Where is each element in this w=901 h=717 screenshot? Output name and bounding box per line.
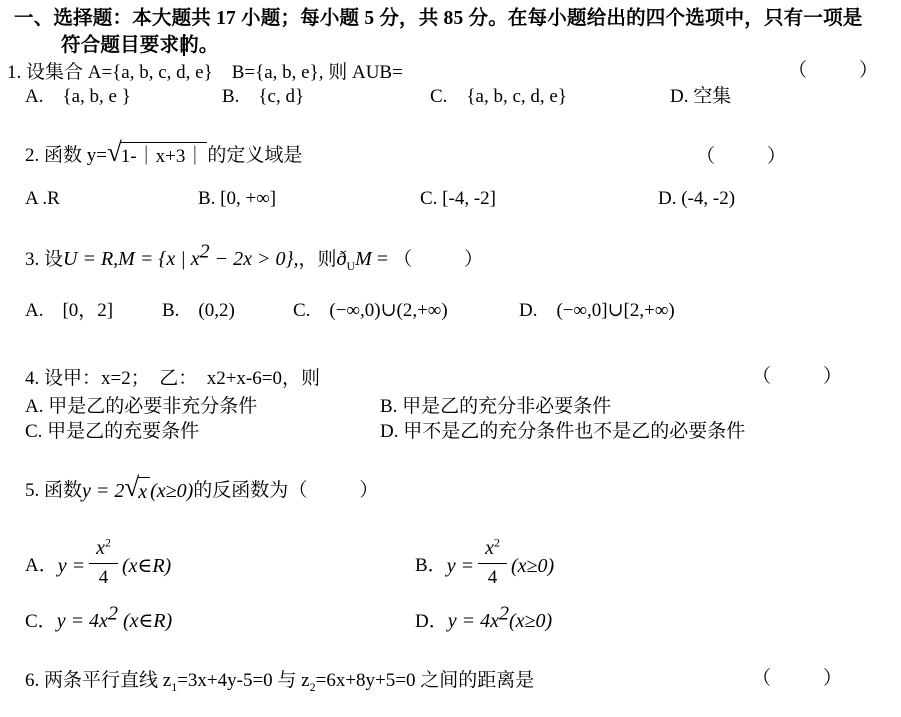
question-4-option-b: B. 甲是乙的充分非必要条件 [380,394,611,420]
paren-close: ） [823,364,842,390]
paren-close: ） [767,144,786,170]
sqrt-expression: √x [124,477,150,505]
exponent: 2 [499,603,509,625]
question-4-option-c: C. 甲是乙的充要条件 [25,419,199,445]
fraction: x24 [89,535,118,591]
paren-open: （ [752,666,771,692]
fraction-denominator: 4 [89,564,118,591]
question-4-paren: （） [752,364,842,390]
header-line-2: 符合题目要求的。 [61,33,219,59]
question-3-paren: （） [393,247,483,273]
question-2-stem-suffix: 的定义域是 [207,143,302,169]
exponent: 2 [108,603,118,625]
math-domain: (x∈R) [118,610,172,632]
question-5-option-d: D．y = 4x2(x≥0) [415,608,552,635]
question-1-stem: 1. 设集合 A={a, b, c, d, e} B={a, b, e}, 则 … [7,60,403,86]
question-2-stem-prefix: 2. 函数 y= [25,143,107,169]
question-3-stem: 3. 设U = R,M = {x | x2 − 2x > 0},，则ðUM = … [25,246,483,273]
math-y-eq: y = 2 [82,478,124,504]
paren-close: ） [359,478,378,504]
math-set-def-cont: − 2x > 0}, [210,248,299,270]
question-2-option-a: A .R [25,186,60,212]
question-5-stem-pre: 5. 函数 [25,478,82,504]
question-5-option-b: B．y = x24(x≥0) [415,538,554,594]
fraction-denominator: 4 [478,564,507,591]
header-line-2-pre: 符合题目要求 [61,35,179,56]
question-2-option-c: C. [-4, -2] [420,186,496,212]
question-5-paren: （） [288,478,378,504]
question-4-stem: 4. 设甲：x=2； 乙： x2+x-6=0，则 [25,366,320,392]
question-3-stem-pre: 3. 设 [25,249,63,270]
question-2-stem: 2. 函数 y=√1-｜x+3｜ 的定义域是 [25,142,302,170]
question-5-option-c: C．y = 4x2 (x∈R) [25,608,172,635]
paren-open: （ [696,144,715,170]
sqrt-expression: √1-｜x+3｜ [107,142,207,170]
option-label: B． [415,553,447,579]
math-set-def: U = R,M = {x | x [63,248,200,270]
complement-symbol: ð [336,248,346,270]
radicand: 1-｜x+3｜ [120,142,208,170]
fraction-numerator: x2 [89,535,118,564]
document-page[interactable]: 一、选择题：本大题共 17 小题；每小题 5 分，共 85 分。在每小题给出的四… [0,0,901,717]
question-5-stem-suffix: 的反函数为 [193,478,288,504]
question-3-option-a: A. [0，2] [25,298,113,324]
header-line-2-post: 的。 [179,35,218,56]
question-3-option-b: B. (0,2) [162,298,235,324]
question-6-stem: 6. 两条平行直线 z1=3x+4y-5=0 与 z2=6x+8y+5=0 之间… [25,668,534,694]
line-equation-1: =3x+4y-5=0 与 z [177,670,309,691]
question-1-option-a: A. {a, b, e } [25,84,131,110]
math-domain: (x≥0) [509,610,552,632]
paren-open: （ [752,364,771,390]
question-2-paren: （） [696,144,786,170]
line-equation-2: =6x+8y+5=0 之间的距离是 [316,670,535,691]
paren-open: （ [393,247,412,273]
equals-sign: = [372,248,393,270]
complement-subscript: U [346,259,355,273]
question-3-option-d: D. (−∞,0]∪[2,+∞) [519,298,675,324]
paren-open: （ [788,58,807,84]
math-expr: y = 4x [448,610,499,632]
header-line-1: 一、选择题：本大题共 17 小题；每小题 5 分，共 85 分。在每小题给出的四… [14,6,863,32]
question-4-option-d: D. 甲不是乙的充分条件也不是乙的必要条件 [380,419,745,445]
set-m: M [355,248,372,270]
text-cursor [183,34,185,56]
math-y-eq: y = [58,553,85,579]
math-domain: (x≥0) [150,478,193,504]
question-5-option-a: A．y = x24(x∈R) [25,538,171,594]
question-1-option-b: B. {c, d} [222,84,304,110]
fraction-numerator: x2 [478,535,507,564]
math-y-eq: y = [447,553,474,579]
question-6-stem-pre: 6. 两条平行直线 z [25,670,171,691]
paren-close: ） [464,247,483,273]
radical-sign: √ [124,476,139,498]
question-3-option-c: C. (−∞,0)∪(2,+∞) [293,298,448,324]
question-5-stem: 5. 函数 y = 2√x(x≥0) 的反函数为（） [25,477,378,505]
question-2-option-b: B. [0, +∞] [198,186,276,212]
option-label: C． [25,611,57,632]
exponent: 2 [200,241,210,263]
math-expr: y = 4x [57,610,108,632]
radical-sign: √ [107,141,122,163]
fraction: x24 [478,535,507,591]
question-1-paren: （） [788,58,878,84]
option-label: A． [25,553,58,579]
question-6-paren: （） [752,666,842,692]
paren-close: ） [823,666,842,692]
math-domain: (x∈R) [122,553,171,579]
math-domain: (x≥0) [511,553,554,579]
question-4-option-a: A. 甲是乙的必要非充分条件 [25,394,257,420]
option-label: D． [415,611,448,632]
paren-open: （ [288,478,307,504]
question-2-option-d: D. (-4, -2) [658,186,735,212]
question-3-stem-mid: ，则 [298,249,336,270]
question-1-option-c: C. {a, b, c, d, e} [430,84,567,110]
question-1-option-d: D. 空集 [670,84,731,110]
paren-close: ） [859,58,878,84]
